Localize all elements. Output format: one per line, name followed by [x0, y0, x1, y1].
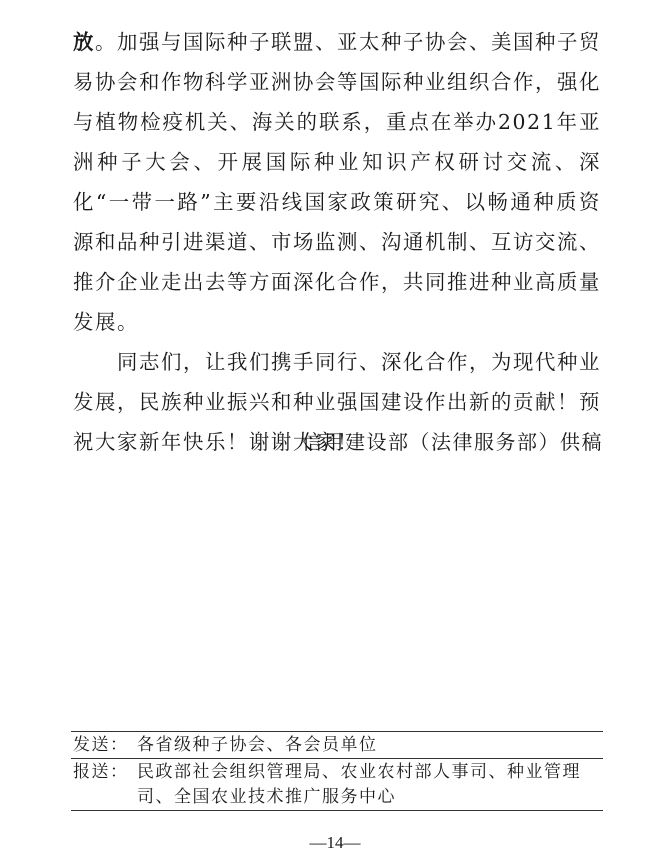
report-to-label: 报送： [71, 760, 137, 810]
report-to-row: 报送： 民政部社会组织管理局、农业农村部人事司、种业管理司、全国农业技术推广服务… [71, 759, 603, 810]
signature: 信用建设部（法律服务部）供稿 [302, 422, 603, 462]
report-to-value: 民政部社会组织管理局、农业农村部人事司、种业管理司、全国农业技术推广服务中心 [137, 760, 603, 810]
send-to-label: 发送： [71, 733, 137, 758]
divider-bottom [71, 810, 603, 811]
document-page: 放。加强与国际种子联盟、亚太种子协会、美国种子贸易协会和作物科学亚洲协会等国际种… [0, 0, 670, 868]
body-text: 放。加强与国际种子联盟、亚太种子协会、美国种子贸易协会和作物科学亚洲协会等国际种… [73, 22, 601, 462]
paragraph-cooperation: 放。加强与国际种子联盟、亚太种子协会、美国种子贸易协会和作物科学亚洲协会等国际种… [73, 22, 601, 342]
paragraph-text: 。加强与国际种子联盟、亚太种子协会、美国种子贸易协会和作物科学亚洲协会等国际种业… [73, 30, 601, 334]
send-to-row: 发送： 各省级种子协会、各会员单位 [71, 732, 603, 758]
distribution-block: 发送： 各省级种子协会、各会员单位 报送： 民政部社会组织管理局、农业农村部人事… [71, 731, 603, 811]
lead-bold-char: 放 [73, 30, 95, 54]
send-to-value: 各省级种子协会、各会员单位 [137, 733, 603, 758]
page-number: —14— [0, 833, 670, 853]
